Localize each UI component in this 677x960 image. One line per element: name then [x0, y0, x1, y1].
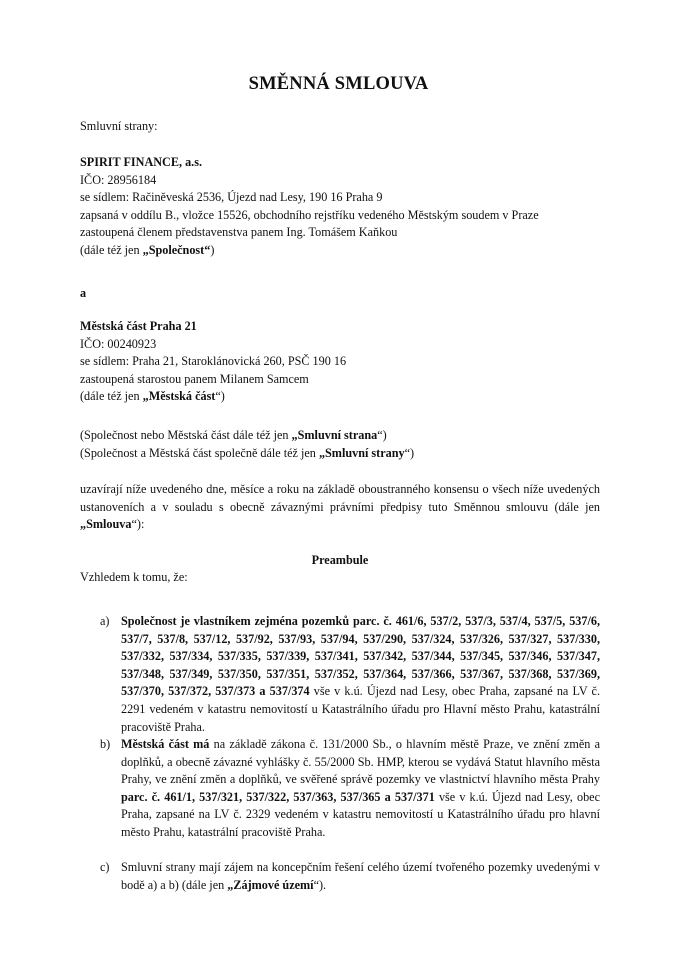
item-suffix: “). [314, 878, 327, 892]
definitions: (Společnost nebo Městská část dále též j… [80, 427, 600, 462]
preamble-heading: Preambule [80, 552, 600, 570]
document-page: SMĚNNÁ SMLOUVA Smluvní strany: SPIRIT FI… [0, 0, 677, 960]
definition-suffix: “) [377, 428, 386, 442]
definition-prefix: (Společnost a Městská část společně dále… [80, 446, 319, 460]
preamble-lead: Vzhledem k tomu, že: [80, 569, 600, 587]
definition-term: „Smluvní strana [292, 428, 378, 442]
item-bold-text: Městská část má [121, 737, 209, 751]
party-1-alias: (dále též jen „Společnost“) [80, 242, 600, 260]
parties-label: Smluvní strany: [80, 118, 600, 136]
definition-prefix: (Společnost nebo Městská část dále též j… [80, 428, 292, 442]
intro-suffix: “): [131, 517, 144, 531]
party-2-name: Městská část Praha 21 [80, 318, 600, 336]
party-1-name: SPIRIT FINANCE, a.s. [80, 154, 600, 172]
definition-term: „Smluvní strany [319, 446, 405, 460]
document-title: SMĚNNÁ SMLOUVA [0, 74, 677, 95]
party-1-seat: se sídlem: Račiněveská 2536, Újezd nad L… [80, 189, 600, 207]
alias-term: „Městská část [143, 389, 216, 403]
party-2: Městská část Praha 21 IČO: 00240923 se s… [80, 318, 600, 406]
item-bold-text-2: parc. č. 461/1, 537/321, 537/322, 537/36… [121, 790, 435, 804]
intro-paragraph: uzavírají níže uvedeného dne, měsíce a r… [80, 481, 600, 534]
item-label: b) [100, 736, 110, 754]
definition-2: (Společnost a Městská část společně dále… [80, 445, 600, 463]
definition-1: (Společnost nebo Městská část dále též j… [80, 427, 600, 445]
alias-term: „Společnost“ [143, 243, 211, 257]
intro-term: „Smlouva [80, 517, 131, 531]
party-1: SPIRIT FINANCE, a.s. IČO: 28956184 se sí… [80, 154, 600, 260]
definition-suffix: “) [405, 446, 414, 460]
party-1-ico: IČO: 28956184 [80, 172, 600, 190]
item-label: c) [100, 859, 109, 877]
party-2-representative: zastoupená starostou panem Milanem Samce… [80, 371, 600, 389]
party-2-seat: se sídlem: Praha 21, Staroklánovická 260… [80, 353, 600, 371]
preamble-item-c: c) Smluvní strany mají zájem na koncepčn… [100, 859, 600, 894]
alias-prefix: (dále též jen [80, 389, 143, 403]
item-label: a) [100, 613, 109, 631]
item-text: Smluvní strany mají zájem na koncepčním … [121, 860, 600, 892]
party-2-alias: (dále též jen „Městská část“) [80, 388, 600, 406]
conjunction: a [80, 285, 600, 303]
party-1-representative: zastoupená členem představenstva panem I… [80, 224, 600, 242]
party-1-registry: zapsaná v oddílu B., vložce 15526, obcho… [80, 207, 600, 225]
party-2-ico: IČO: 00240923 [80, 336, 600, 354]
intro-text: uzavírají níže uvedeného dne, měsíce a r… [80, 482, 600, 514]
alias-suffix: “) [215, 389, 224, 403]
alias-suffix: ) [210, 243, 214, 257]
alias-prefix: (dále též jen [80, 243, 143, 257]
preamble-item-a: a) Společnost je vlastníkem zejména poze… [100, 613, 600, 736]
preamble-item-b: b) Městská část má na základě zákona č. … [100, 736, 600, 842]
item-term: „Zájmové území [227, 878, 313, 892]
